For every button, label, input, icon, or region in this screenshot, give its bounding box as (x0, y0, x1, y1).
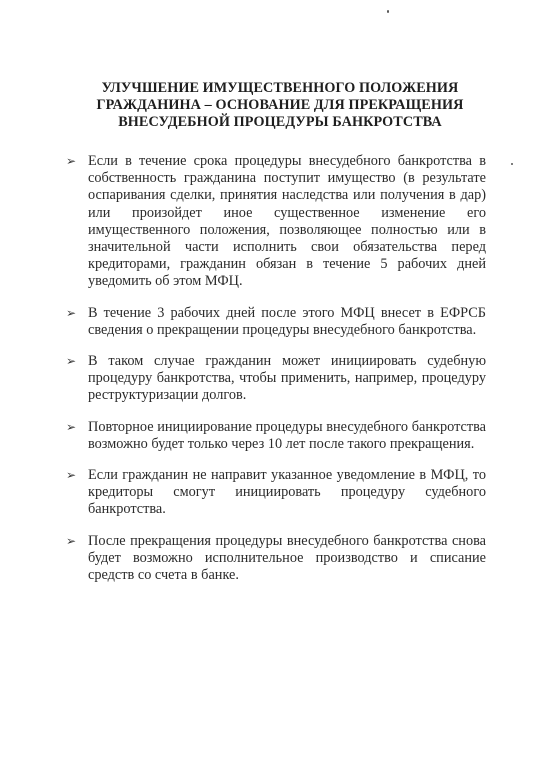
list-item: ➢ Если в течение срока процедуры внесуде… (66, 153, 486, 291)
arrow-bullet-icon: ➢ (66, 153, 76, 170)
list-item: ➢ Повторное инициирование процедуры внес… (66, 419, 486, 453)
scan-speck (387, 10, 389, 13)
list-item: ➢ После прекращения процедуры внесудебно… (66, 533, 486, 585)
list-item-text: После прекращения процедуры внесудебного… (88, 533, 486, 585)
list-item: ➢ В течение 3 рабочих дней после этого М… (66, 305, 486, 339)
list-item: ➢ Если гражданин не направит указанное у… (66, 467, 486, 519)
arrow-bullet-icon: ➢ (66, 353, 76, 370)
arrow-bullet-icon: ➢ (66, 419, 76, 436)
list-item-text: Если гражданин не направит указанное уве… (88, 467, 486, 519)
list-item-text: В таком случае гражданин может иницииров… (88, 353, 486, 405)
list-item-text: В течение 3 рабочих дней после этого МФЦ… (88, 305, 486, 339)
arrow-bullet-icon: ➢ (66, 467, 76, 484)
list-item: ➢ В таком случае гражданин может инициир… (66, 353, 486, 405)
bullet-list: ➢ Если в течение срока процедуры внесуде… (66, 153, 486, 584)
title-line: УЛУЧШЕНИЕ ИМУЩЕСТВЕННОГО ПОЛОЖЕНИЯ (60, 80, 500, 97)
title-line: ВНЕСУДЕБНОЙ ПРОЦЕДУРЫ БАНКРОТСТВА (60, 114, 500, 131)
arrow-bullet-icon: ➢ (66, 533, 76, 550)
title-line: ГРАЖДАНИНА – ОСНОВАНИЕ ДЛЯ ПРЕКРАЩЕНИЯ (60, 97, 500, 114)
scan-speck (511, 163, 513, 165)
arrow-bullet-icon: ➢ (66, 305, 76, 322)
list-item-text: Если в течение срока процедуры внесудебн… (88, 153, 486, 291)
document-page: УЛУЧШЕНИЕ ИМУЩЕСТВЕННОГО ПОЛОЖЕНИЯ ГРАЖД… (0, 0, 543, 768)
document-title: УЛУЧШЕНИЕ ИМУЩЕСТВЕННОГО ПОЛОЖЕНИЯ ГРАЖД… (60, 80, 500, 131)
list-item-text: Повторное инициирование процедуры внесуд… (88, 419, 486, 453)
